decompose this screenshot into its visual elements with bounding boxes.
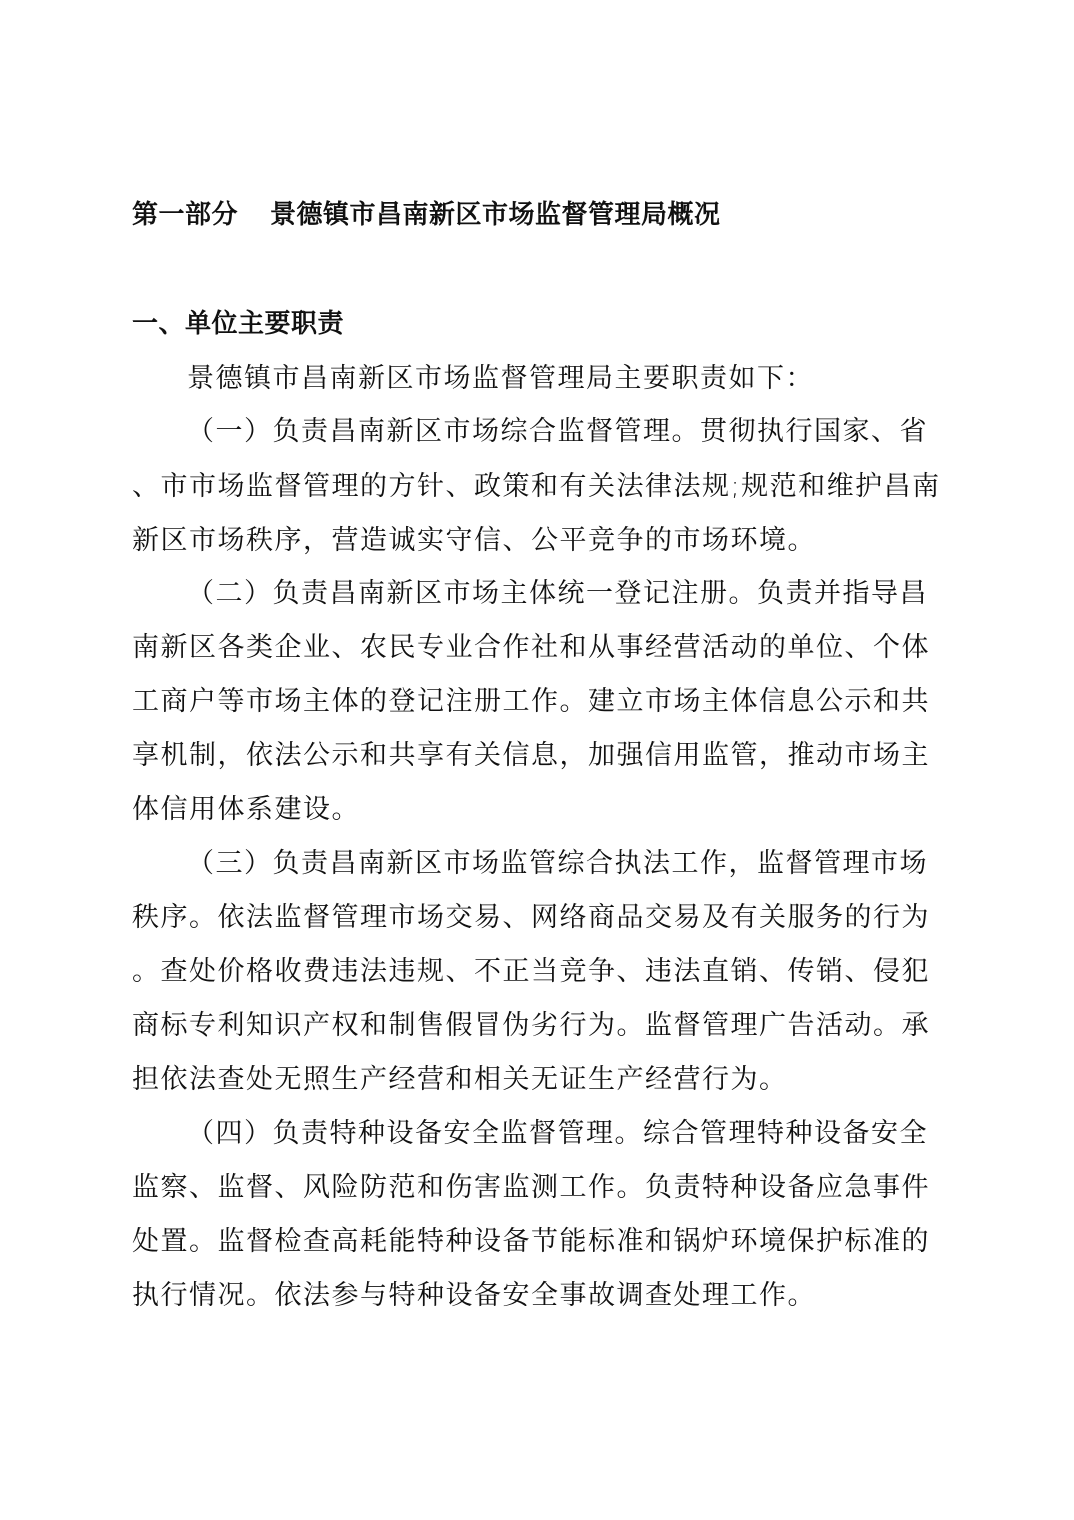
paragraph-line: 处置。监督检查高耗能特种设备节能标准和锅炉环境保护标准的 (132, 1225, 930, 1259)
page-title: 第一部分景德镇市昌南新区市场监督管理局概况 (132, 198, 721, 232)
paragraph-line: 工商户等市场主体的登记注册工作。建立市场主体信息公示和共 (132, 685, 930, 719)
paragraph-line: （二）负责昌南新区市场主体统一登记注册。负责并指导昌 (187, 577, 928, 611)
intro-text: 景德镇市昌南新区市场监督管理局主要职责如下： (187, 362, 814, 396)
section-heading: 一、单位主要职责 (132, 307, 344, 341)
paragraph-line: 南新区各类企业、农民专业合作社和从事经营活动的单位、个体 (132, 631, 930, 665)
paragraph-line: （三）负责昌南新区市场监管综合执法工作，监督管理市场 (187, 847, 928, 881)
document-page: 第一部分景德镇市昌南新区市场监督管理局概况 一、单位主要职责 景德镇市昌南新区市… (0, 0, 1074, 1520)
paragraph-line: 享机制，依法公示和共享有关信息，加强信用监管，推动市场主 (132, 739, 930, 773)
paragraph-line: （一）负责昌南新区市场综合监督管理。贯彻执行国家、省 (187, 415, 928, 449)
paragraph-line: 监察、监督、风险防范和伤害监测工作。负责特种设备应急事件 (132, 1171, 930, 1205)
paragraph-line: （四）负责特种设备安全监督管理。综合管理特种设备安全 (187, 1117, 928, 1151)
paragraph-line: 秩序。依法监督管理市场交易、网络商品交易及有关服务的行为 (132, 901, 930, 935)
paragraph-line: 执行情况。依法参与特种设备安全事故调查处理工作。 (132, 1279, 816, 1313)
title-part-label: 第一部分 (132, 200, 238, 230)
paragraph-line: 商标专利知识产权和制售假冒伪劣行为。监督管理广告活动。承 (132, 1009, 930, 1043)
title-name: 景德镇市昌南新区市场监督管理局概况 (270, 200, 721, 230)
paragraph-line: 担依法查处无照生产经营和相关无证生产经营行为。 (132, 1063, 788, 1097)
paragraph-line: 体信用体系建设。 (132, 793, 360, 827)
paragraph-line: 新区市场秩序，营造诚实守信、公平竞争的市场环境。 (132, 524, 816, 558)
paragraph-line: 、市市场监督管理的方针、政策和有关法律法规;规范和维护昌南 (132, 470, 941, 504)
paragraph-line: 。查处价格收费违法违规、不正当竞争、违法直销、传销、侵犯 (132, 955, 930, 989)
